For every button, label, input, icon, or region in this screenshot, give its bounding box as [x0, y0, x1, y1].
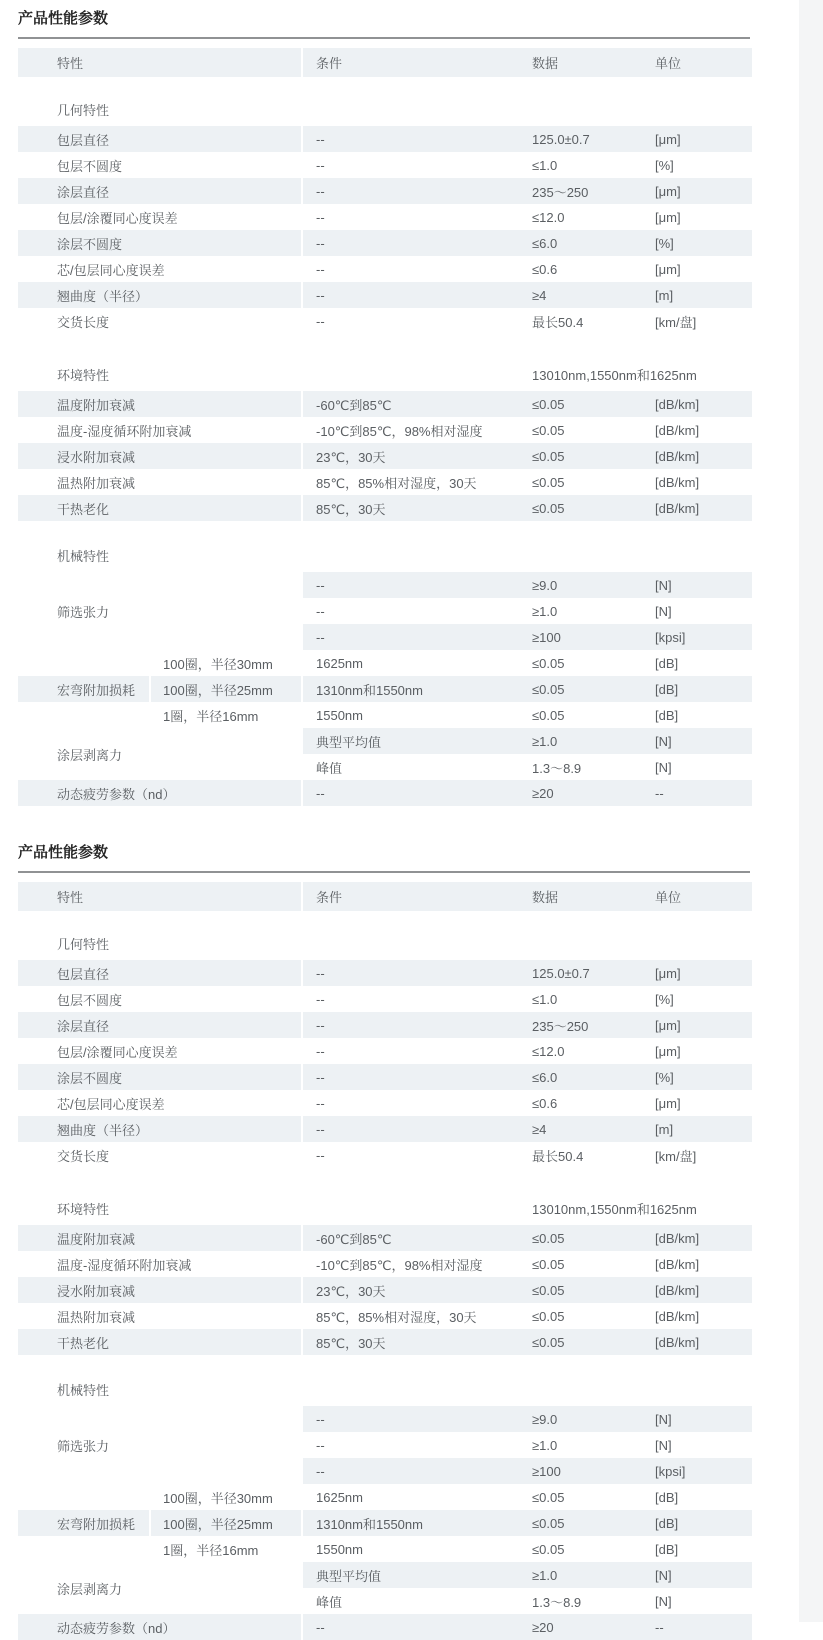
condition-cell: -- [302, 960, 513, 986]
condition-cell: -- [302, 1116, 513, 1142]
unit-cell: [dB/km] [645, 1303, 752, 1329]
condition-cell: -- [302, 1432, 513, 1458]
unit-cell: [%] [645, 986, 752, 1012]
unit-cell: [N] [645, 1562, 752, 1588]
bend-condition-cell: 100圈，半径25mm [150, 676, 302, 702]
unit-cell: [dB/km] [645, 469, 752, 495]
feature-cell: 温热附加衰减 [18, 1303, 302, 1329]
feature-cell: 干热老化 [18, 495, 302, 521]
spec-row: 温度附加衰减-60℃到85℃≤0.05[dB/km] [18, 1225, 752, 1251]
unit-cell: [kpsi] [645, 1458, 752, 1484]
unit-cell: [%] [645, 230, 752, 256]
data-cell: ≤0.6 [513, 1090, 645, 1116]
spec-row: 包层/涂覆同心度误差--≤12.0[μm] [18, 204, 752, 230]
unit-cell: [N] [645, 754, 752, 780]
unit-cell: [N] [645, 1406, 752, 1432]
data-cell: ≥20 [513, 780, 645, 806]
group-header-row: 环境特性13010nm,1550nm和1625nm [18, 1168, 752, 1225]
data-cell: ≤0.05 [513, 1510, 645, 1536]
spec-row: 筛选张力--≥9.0[N] [18, 1406, 752, 1432]
unit-cell: [dB] [645, 1536, 752, 1562]
unit-cell: [μm] [645, 960, 752, 986]
group-header-row: 几何特性 [18, 911, 752, 960]
spec-row: 温热附加衰减85℃，85%相对湿度，30天≤0.05[dB/km] [18, 469, 752, 495]
condition-cell: 峰值 [302, 754, 513, 780]
condition-cell: -- [302, 1406, 513, 1432]
data-cell: 125.0±0.7 [513, 960, 645, 986]
feature-cell: 翘曲度（半径） [18, 282, 302, 308]
condition-cell: 85℃，85%相对湿度，30天 [302, 469, 513, 495]
unit-cell: [N] [645, 1588, 752, 1614]
group-title-cell: 环境特性 [18, 1168, 302, 1225]
group-spacer-cell [302, 1168, 513, 1225]
data-cell: ≤0.05 [513, 676, 645, 702]
data-cell: ≤0.05 [513, 391, 645, 417]
data-cell: 235～250 [513, 1012, 645, 1038]
data-cell: 235～250 [513, 178, 645, 204]
condition-cell: 85℃，85%相对湿度，30天 [302, 1303, 513, 1329]
data-cell: ≤0.05 [513, 1303, 645, 1329]
group-spacer-cell [302, 334, 513, 391]
feature-cell: 涂层剥离力 [18, 728, 302, 780]
data-cell: ≤0.05 [513, 1277, 645, 1303]
data-cell: ≥1.0 [513, 1432, 645, 1458]
unit-cell: [dB/km] [645, 1225, 752, 1251]
spec-table: 特性 条件 数据 单位 几何特性包层直径--125.0±0.7[μm]包层不圆度… [18, 882, 752, 1640]
column-header-unit: 单位 [645, 882, 752, 911]
spec-row: 涂层剥离力典型平均值≥1.0[N] [18, 728, 752, 754]
data-cell: ≤6.0 [513, 230, 645, 256]
column-header-condition: 条件 [302, 48, 513, 77]
column-header-feature: 特性 [18, 48, 302, 77]
feature-cell [18, 1484, 150, 1510]
condition-cell: -60℃到85℃ [302, 1225, 513, 1251]
feature-cell: 宏弯附加损耗 [18, 676, 150, 702]
condition-cell: 1550nm [302, 1536, 513, 1562]
data-cell: ≤0.6 [513, 256, 645, 282]
page-title: 产品性能参数 [18, 844, 752, 862]
unit-cell: [dB] [645, 1484, 752, 1510]
column-header-data: 数据 [513, 48, 645, 77]
condition-cell: 1310nm和1550nm [302, 1510, 513, 1536]
data-cell: ≥100 [513, 624, 645, 650]
condition-cell: 1550nm [302, 702, 513, 728]
unit-cell: -- [645, 1614, 752, 1640]
group-note-cell [513, 911, 752, 960]
data-cell: ≥1.0 [513, 1562, 645, 1588]
unit-cell: [%] [645, 1064, 752, 1090]
condition-cell: 85℃，30天 [302, 495, 513, 521]
condition-cell: -- [302, 1012, 513, 1038]
spec-row: 1圈，半径16mm1550nm≤0.05[dB] [18, 702, 752, 728]
data-cell: ≤1.0 [513, 986, 645, 1012]
condition-cell: -- [302, 986, 513, 1012]
spec-row: 芯/包层同心度误差--≤0.6[μm] [18, 1090, 752, 1116]
condition-cell: -- [302, 126, 513, 152]
unit-cell: [μm] [645, 126, 752, 152]
condition-cell: -- [302, 1142, 513, 1168]
unit-cell: [μm] [645, 1012, 752, 1038]
group-header-row: 机械特性 [18, 521, 752, 572]
spec-row: 100圈，半径30mm1625nm≤0.05[dB] [18, 1484, 752, 1510]
page-title: 产品性能参数 [18, 10, 752, 28]
condition-cell: -- [302, 230, 513, 256]
feature-cell: 包层不圆度 [18, 152, 302, 178]
data-cell: ≤0.05 [513, 469, 645, 495]
condition-cell: -60℃到85℃ [302, 391, 513, 417]
group-note-cell [513, 1355, 752, 1406]
data-cell: ≥20 [513, 1614, 645, 1640]
data-cell: ≤0.05 [513, 1536, 645, 1562]
feature-cell: 温热附加衰减 [18, 469, 302, 495]
spec-row: 涂层不圆度--≤6.0[%] [18, 230, 752, 256]
column-header-feature: 特性 [18, 882, 302, 911]
unit-cell: [dB] [645, 676, 752, 702]
spec-row: 包层直径--125.0±0.7[μm] [18, 960, 752, 986]
data-cell: ≤0.05 [513, 443, 645, 469]
spec-section-1: 产品性能参数 特性 条件 数据 单位 几何特性包层直径--125.0±0.7[μ… [0, 0, 752, 806]
spec-row: 温度-湿度循环附加衰减-10℃到85℃，98%相对湿度≤0.05[dB/km] [18, 1251, 752, 1277]
column-header-unit: 单位 [645, 48, 752, 77]
data-cell: ≥1.0 [513, 598, 645, 624]
data-cell: ≥9.0 [513, 1406, 645, 1432]
condition-cell: -- [302, 178, 513, 204]
unit-cell: [N] [645, 572, 752, 598]
column-header-data: 数据 [513, 882, 645, 911]
group-title-cell: 几何特性 [18, 77, 302, 126]
unit-cell: [μm] [645, 178, 752, 204]
feature-cell [18, 650, 150, 676]
condition-cell: -- [302, 1064, 513, 1090]
group-spacer-cell [302, 77, 513, 126]
spec-section-2: 产品性能参数 特性 条件 数据 单位 几何特性包层直径--125.0±0.7[μ… [0, 834, 752, 1640]
feature-cell: 动态疲劳参数（nd） [18, 1614, 302, 1640]
unit-cell: [m] [645, 282, 752, 308]
spec-row: 筛选张力--≥9.0[N] [18, 572, 752, 598]
unit-cell: [μm] [645, 204, 752, 230]
unit-cell: [km/盘] [645, 1142, 752, 1168]
group-title-cell: 环境特性 [18, 334, 302, 391]
data-cell: ≤12.0 [513, 1038, 645, 1064]
feature-cell: 交货长度 [18, 1142, 302, 1168]
unit-cell: [N] [645, 598, 752, 624]
data-cell: ≥9.0 [513, 572, 645, 598]
group-note-cell: 13010nm,1550nm和1625nm [513, 334, 752, 391]
condition-cell: -- [302, 1090, 513, 1116]
feature-cell [18, 702, 150, 728]
bend-condition-cell: 100圈，半径30mm [150, 1484, 302, 1510]
spec-row: 翘曲度（半径）--≥4[m] [18, 282, 752, 308]
spec-row: 干热老化85℃，30天≤0.05[dB/km] [18, 1329, 752, 1355]
spec-row: 包层/涂覆同心度误差--≤12.0[μm] [18, 1038, 752, 1064]
spec-row: 交货长度--最长50.4[km/盘] [18, 1142, 752, 1168]
data-cell: ≥4 [513, 282, 645, 308]
feature-cell: 温度-湿度循环附加衰减 [18, 417, 302, 443]
unit-cell: [dB] [645, 702, 752, 728]
data-cell: ≤1.0 [513, 152, 645, 178]
condition-cell: 23℃，30天 [302, 1277, 513, 1303]
feature-cell: 芯/包层同心度误差 [18, 256, 302, 282]
unit-cell: [dB/km] [645, 1329, 752, 1355]
feature-cell: 动态疲劳参数（nd） [18, 780, 302, 806]
data-cell: ≤0.05 [513, 702, 645, 728]
spec-row: 包层不圆度--≤1.0[%] [18, 986, 752, 1012]
feature-cell: 涂层剥离力 [18, 1562, 302, 1614]
table-header-row: 特性 条件 数据 单位 [18, 48, 752, 77]
right-edge-strip [799, 0, 823, 1622]
condition-cell: 峰值 [302, 1588, 513, 1614]
feature-cell: 筛选张力 [18, 572, 302, 650]
data-cell: 最长50.4 [513, 308, 645, 334]
data-cell: ≤0.05 [513, 1329, 645, 1355]
unit-cell: [dB/km] [645, 417, 752, 443]
feature-cell: 温度附加衰减 [18, 391, 302, 417]
data-cell: ≤0.05 [513, 495, 645, 521]
feature-cell: 温度附加衰减 [18, 1225, 302, 1251]
condition-cell: 1310nm和1550nm [302, 676, 513, 702]
spec-row: 干热老化85℃，30天≤0.05[dB/km] [18, 495, 752, 521]
data-cell: ≤0.05 [513, 1225, 645, 1251]
unit-cell: [dB/km] [645, 443, 752, 469]
spec-row: 温度-湿度循环附加衰减-10℃到85℃，98%相对湿度≤0.05[dB/km] [18, 417, 752, 443]
spec-row: 温度附加衰减-60℃到85℃≤0.05[dB/km] [18, 391, 752, 417]
spec-row: 宏弯附加损耗100圈，半径25mm1310nm和1550nm≤0.05[dB] [18, 676, 752, 702]
spec-row: 浸水附加衰减23℃，30天≤0.05[dB/km] [18, 1277, 752, 1303]
group-note-cell [513, 77, 752, 126]
spec-row: 包层不圆度--≤1.0[%] [18, 152, 752, 178]
condition-cell: -- [302, 152, 513, 178]
unit-cell: -- [645, 780, 752, 806]
data-cell: ≤0.05 [513, 1484, 645, 1510]
feature-cell [18, 1536, 150, 1562]
feature-cell: 包层直径 [18, 960, 302, 986]
data-cell: 1.3～8.9 [513, 754, 645, 780]
spec-row: 交货长度--最长50.4[km/盘] [18, 308, 752, 334]
title-divider [18, 37, 750, 39]
condition-cell: -- [302, 308, 513, 334]
spec-row: 浸水附加衰减23℃，30天≤0.05[dB/km] [18, 443, 752, 469]
feature-cell: 涂层直径 [18, 178, 302, 204]
condition-cell: -10℃到85℃，98%相对湿度 [302, 1251, 513, 1277]
column-header-condition: 条件 [302, 882, 513, 911]
unit-cell: [μm] [645, 256, 752, 282]
bend-condition-cell: 100圈，半径25mm [150, 1510, 302, 1536]
condition-cell: -- [302, 1458, 513, 1484]
feature-cell: 涂层不圆度 [18, 230, 302, 256]
feature-cell: 芯/包层同心度误差 [18, 1090, 302, 1116]
data-cell: ≤0.05 [513, 417, 645, 443]
feature-cell: 筛选张力 [18, 1406, 302, 1484]
data-cell: ≥1.0 [513, 728, 645, 754]
condition-cell: 85℃，30天 [302, 1329, 513, 1355]
bend-condition-cell: 1圈，半径16mm [150, 1536, 302, 1562]
feature-cell: 温度-湿度循环附加衰减 [18, 1251, 302, 1277]
data-cell: 125.0±0.7 [513, 126, 645, 152]
spec-row: 100圈，半径30mm1625nm≤0.05[dB] [18, 650, 752, 676]
unit-cell: [dB] [645, 650, 752, 676]
group-header-row: 环境特性13010nm,1550nm和1625nm [18, 334, 752, 391]
spec-row: 涂层剥离力典型平均值≥1.0[N] [18, 1562, 752, 1588]
spec-row: 包层直径--125.0±0.7[μm] [18, 126, 752, 152]
unit-cell: [μm] [645, 1090, 752, 1116]
feature-cell: 干热老化 [18, 1329, 302, 1355]
spec-row: 涂层直径--235～250[μm] [18, 178, 752, 204]
feature-cell: 交货长度 [18, 308, 302, 334]
group-note-cell: 13010nm,1550nm和1625nm [513, 1168, 752, 1225]
spec-row: 1圈，半径16mm1550nm≤0.05[dB] [18, 1536, 752, 1562]
feature-cell: 浸水附加衰减 [18, 443, 302, 469]
condition-cell: -- [302, 1614, 513, 1640]
spec-row: 芯/包层同心度误差--≤0.6[μm] [18, 256, 752, 282]
data-cell: ≤6.0 [513, 1064, 645, 1090]
data-cell: ≤0.05 [513, 650, 645, 676]
feature-cell: 包层/涂覆同心度误差 [18, 1038, 302, 1064]
feature-cell: 涂层直径 [18, 1012, 302, 1038]
page: { "colors": { "row_band": "#edf1f4", "bo… [0, 0, 823, 1640]
unit-cell: [N] [645, 1432, 752, 1458]
feature-cell: 包层直径 [18, 126, 302, 152]
unit-cell: [dB/km] [645, 1277, 752, 1303]
feature-cell: 宏弯附加损耗 [18, 1510, 150, 1536]
group-title-cell: 机械特性 [18, 1355, 302, 1406]
unit-cell: [dB/km] [645, 1251, 752, 1277]
bend-condition-cell: 1圈，半径16mm [150, 702, 302, 728]
data-cell: 1.3～8.9 [513, 1588, 645, 1614]
condition-cell: 1625nm [302, 650, 513, 676]
condition-cell: -- [302, 624, 513, 650]
data-cell: ≤0.05 [513, 1251, 645, 1277]
feature-cell: 包层/涂覆同心度误差 [18, 204, 302, 230]
data-cell: ≥4 [513, 1116, 645, 1142]
condition-cell: 1625nm [302, 1484, 513, 1510]
data-cell: ≤12.0 [513, 204, 645, 230]
condition-cell: -- [302, 282, 513, 308]
table-header-row: 特性 条件 数据 单位 [18, 882, 752, 911]
feature-cell: 包层不圆度 [18, 986, 302, 1012]
data-cell: ≥100 [513, 1458, 645, 1484]
unit-cell: [%] [645, 152, 752, 178]
condition-cell: 23℃，30天 [302, 443, 513, 469]
bend-condition-cell: 100圈，半径30mm [150, 650, 302, 676]
group-spacer-cell [302, 911, 513, 960]
spec-row: 动态疲劳参数（nd）--≥20-- [18, 1614, 752, 1640]
unit-cell: [dB/km] [645, 391, 752, 417]
spec-row: 动态疲劳参数（nd）--≥20-- [18, 780, 752, 806]
spec-row: 涂层直径--235～250[μm] [18, 1012, 752, 1038]
group-title-cell: 几何特性 [18, 911, 302, 960]
condition-cell: 典型平均值 [302, 728, 513, 754]
unit-cell: [μm] [645, 1038, 752, 1064]
group-title-cell: 机械特性 [18, 521, 302, 572]
unit-cell: [kpsi] [645, 624, 752, 650]
condition-cell: -10℃到85℃，98%相对湿度 [302, 417, 513, 443]
condition-cell: -- [302, 572, 513, 598]
group-spacer-cell [302, 521, 513, 572]
unit-cell: [km/盘] [645, 308, 752, 334]
spec-row: 宏弯附加损耗100圈，半径25mm1310nm和1550nm≤0.05[dB] [18, 1510, 752, 1536]
condition-cell: -- [302, 780, 513, 806]
spec-row: 涂层不圆度--≤6.0[%] [18, 1064, 752, 1090]
unit-cell: [m] [645, 1116, 752, 1142]
feature-cell: 浸水附加衰减 [18, 1277, 302, 1303]
condition-cell: 典型平均值 [302, 1562, 513, 1588]
condition-cell: -- [302, 598, 513, 624]
unit-cell: [dB] [645, 1510, 752, 1536]
spec-row: 温热附加衰减85℃，85%相对湿度，30天≤0.05[dB/km] [18, 1303, 752, 1329]
condition-cell: -- [302, 256, 513, 282]
group-note-cell [513, 521, 752, 572]
feature-cell: 翘曲度（半径） [18, 1116, 302, 1142]
unit-cell: [dB/km] [645, 495, 752, 521]
spec-row: 翘曲度（半径）--≥4[m] [18, 1116, 752, 1142]
condition-cell: -- [302, 1038, 513, 1064]
group-header-row: 机械特性 [18, 1355, 752, 1406]
unit-cell: [N] [645, 728, 752, 754]
group-spacer-cell [302, 1355, 513, 1406]
spec-table: 特性 条件 数据 单位 几何特性包层直径--125.0±0.7[μm]包层不圆度… [18, 48, 752, 806]
group-header-row: 几何特性 [18, 77, 752, 126]
feature-cell: 涂层不圆度 [18, 1064, 302, 1090]
title-divider [18, 871, 750, 873]
condition-cell: -- [302, 204, 513, 230]
data-cell: 最长50.4 [513, 1142, 645, 1168]
